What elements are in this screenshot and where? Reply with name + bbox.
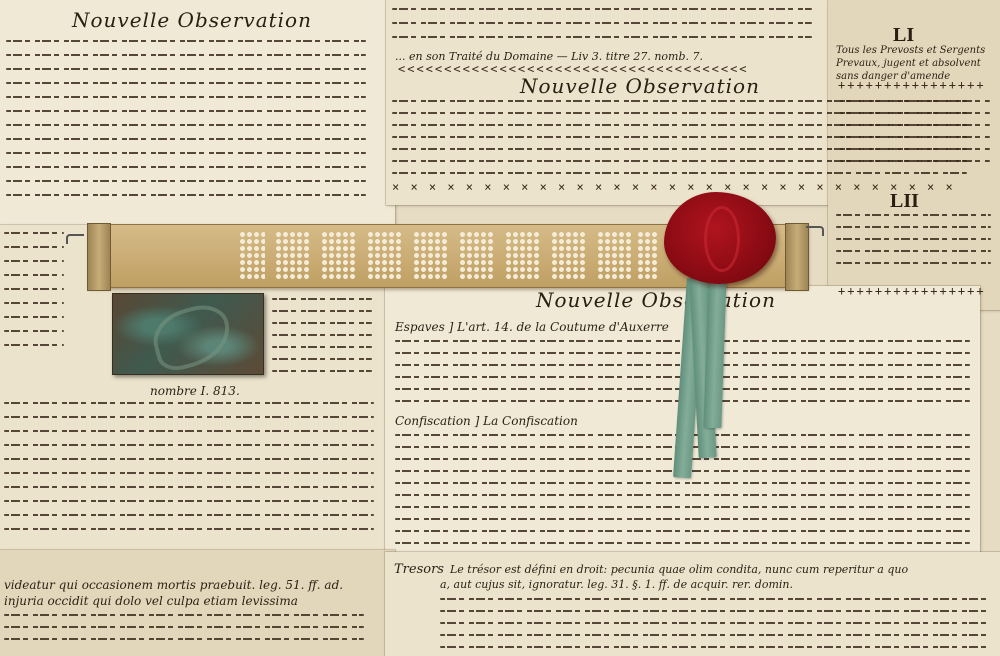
handwriting-block-bottom-left — [4, 614, 364, 650]
handwriting-block-top-left — [6, 40, 366, 208]
reference-line: ... en son Traité du Domaine — Liv 3. ti… — [395, 50, 703, 63]
phrase-confiscation: Confiscation ] La Confiscation — [395, 414, 578, 428]
phrase-injuria: injuria occidit qui dolo vel culpa etiam… — [4, 594, 298, 608]
hole-group — [459, 231, 493, 281]
handwriting-block-right-1 — [840, 100, 990, 172]
margin-label-tresors: Tresors — [394, 562, 444, 577]
phrase-acquir: a, aut cujus sit, ignoratur. leg. 31. §.… — [440, 578, 793, 591]
numbered-reference: nombre I. 813. — [150, 384, 240, 398]
hole-group — [597, 231, 631, 281]
handwriting-block-right-2 — [836, 214, 991, 274]
metal-hook-left — [66, 234, 84, 244]
hole-group — [239, 231, 265, 281]
tally-divider-1: ++++++++++++++++ — [838, 80, 993, 90]
phrase-espaves: Espaves ] L'art. 14. de la Coutume d'Aux… — [395, 320, 669, 334]
section-number-lii: LII — [890, 190, 919, 213]
phrase-videatur: videatur qui occasionem mortis praebuit.… — [4, 578, 343, 592]
ornamental-divider-crosses: × × × × × × × × × × × × × × × × × × × × … — [392, 182, 952, 192]
green-ribbon — [672, 278, 730, 488]
metal-hook-right — [806, 226, 824, 236]
hole-group — [321, 231, 355, 281]
plaque-relief — [147, 299, 237, 375]
seal-emblem — [704, 206, 740, 272]
handwriting-block-beside-plaque — [272, 298, 372, 382]
hole-group — [413, 231, 447, 281]
handwriting-block-left-lower — [4, 402, 374, 542]
heading-nouvelle-observation-2: Nouvelle Observation — [520, 74, 760, 98]
handwriting-block-left-margin — [4, 232, 64, 358]
phrase-tresor: Le trésor est défini en droit: pecunia q… — [450, 563, 908, 576]
strip-end-cap-left — [87, 223, 111, 291]
heading-nouvelle-observation-1: Nouvelle Observation — [72, 8, 312, 32]
ornamental-divider-chevrons: <<<<<<<<<<<<<<<<<<<<<<<<<<<<<<<<<<<<<<<< — [398, 64, 748, 74]
bronze-plaque — [112, 293, 264, 375]
hole-group — [275, 231, 309, 281]
hole-group — [505, 231, 539, 281]
handwriting-block-top-center — [392, 8, 812, 50]
hole-group — [551, 231, 585, 281]
hole-group — [637, 231, 657, 281]
tally-divider-2: ++++++++++++++++ — [838, 286, 988, 296]
heading-nouvelle-observation-3: Nouvelle Observation — [536, 288, 776, 312]
hole-group — [367, 231, 401, 281]
handwriting-block-bottom-right — [440, 598, 990, 656]
red-wax-seal — [664, 192, 776, 284]
li-text: Tous les Prevosts et Sergents Prevaux, j… — [836, 44, 996, 83]
